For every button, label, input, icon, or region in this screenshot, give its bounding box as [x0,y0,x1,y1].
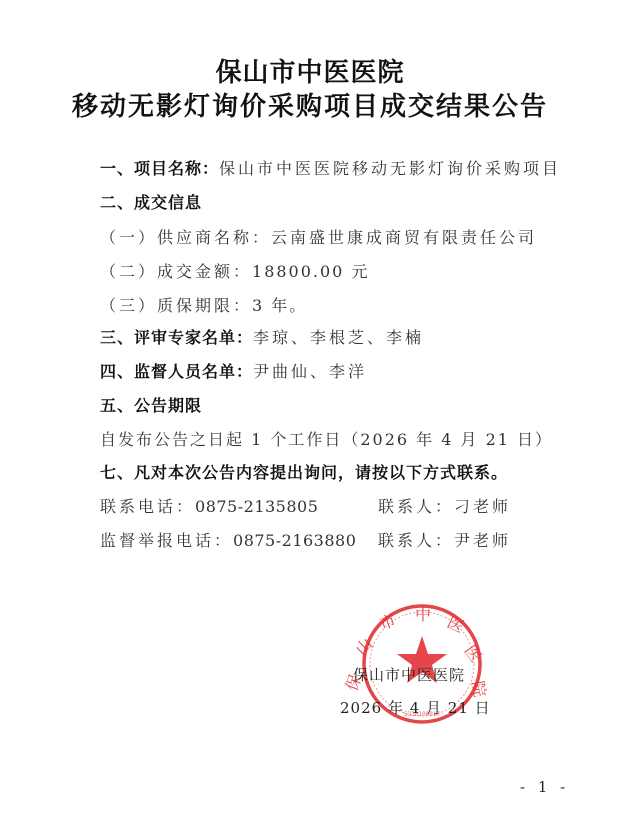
person-label: 联系人： [378,497,454,516]
supplier-row: （一）供应商名称：云南盛世康成商贸有限责任公司 [100,225,537,248]
svg-text:山: 山 [351,634,376,659]
section-heading: 五、公告期限 [100,396,202,415]
section-heading: 四、监督人员名单： [100,362,253,381]
page-number: - 1 - [520,778,569,796]
amount-value: 18800.00 元 [252,262,369,281]
signature-date: 2026 年 4 月 21 日 [340,697,491,718]
section-heading: 二、成交信息 [100,193,202,212]
section-experts: 三、评审专家名单：李琼、李根芝、李楠 [100,325,424,348]
person-label: 联系人： [378,531,454,550]
phone-value: 0875-2135805 [195,497,318,516]
section-project-name: 一、项目名称：保山市中医医院移动无影灯询价采购项目 [100,156,561,179]
phone-label: 监督举报电话： [100,531,233,550]
person-value: 尹老师 [454,531,511,550]
svg-text:中: 中 [415,605,431,624]
section-heading: 三、评审专家名单： [100,328,253,347]
warranty-value: 3 年。 [252,296,307,315]
supplier-value: 云南盛世康成商贸有限责任公司 [271,228,537,247]
person-value: 刁老师 [454,497,511,516]
contact-row: 监督举报电话：0875-2163880 联系人：尹老师 [100,528,540,551]
svg-text:院: 院 [468,679,489,698]
supplier-label: （一）供应商名称： [100,228,271,247]
supervisors-value: 尹曲仙、李洋 [253,362,367,381]
document-title-line1: 保山市中医医院 [0,52,620,89]
phone-value: 0875-2163880 [233,531,356,550]
signature-org: 保山市中医医院 [353,664,465,685]
contact-row: 联系电话：0875-2135805 联系人：刁老师 [100,494,540,517]
section-deal-info: 二、成交信息 [100,190,202,213]
warranty-row: （三）质保期限：3 年。 [100,293,307,316]
contact-person: 联系人：尹老师 [378,528,511,551]
contact-person: 联系人：刁老师 [378,494,511,517]
section-supervisors: 四、监督人员名单：尹曲仙、李洋 [100,359,367,382]
amount-label: （二）成交金额： [100,262,252,281]
section-heading: 七、凡对本次公告内容提出询问，请按以下方式联系。 [100,463,508,482]
svg-text:医: 医 [461,641,486,665]
phone-label: 联系电话： [100,497,195,516]
section-contact: 七、凡对本次公告内容提出询问，请按以下方式联系。 [100,460,508,483]
section-notice-period: 五、公告期限 [100,393,202,416]
warranty-label: （三）质保期限： [100,296,252,315]
experts-value: 李琼、李根芝、李楠 [253,328,424,347]
project-name-value: 保山市中医医院移动无影灯询价采购项目 [219,159,561,178]
document-title-line2: 移动无影灯询价采购项目成交结果公告 [0,86,620,123]
amount-row: （二）成交金额：18800.00 元 [100,259,369,282]
notice-period-row: 自发布公告之日起 1 个工作日（2026 年 4 月 21 日） [100,427,553,450]
section-heading: 一、项目名称： [100,159,219,178]
notice-period-value: 自发布公告之日起 1 个工作日（2026 年 4 月 21 日） [100,430,553,449]
